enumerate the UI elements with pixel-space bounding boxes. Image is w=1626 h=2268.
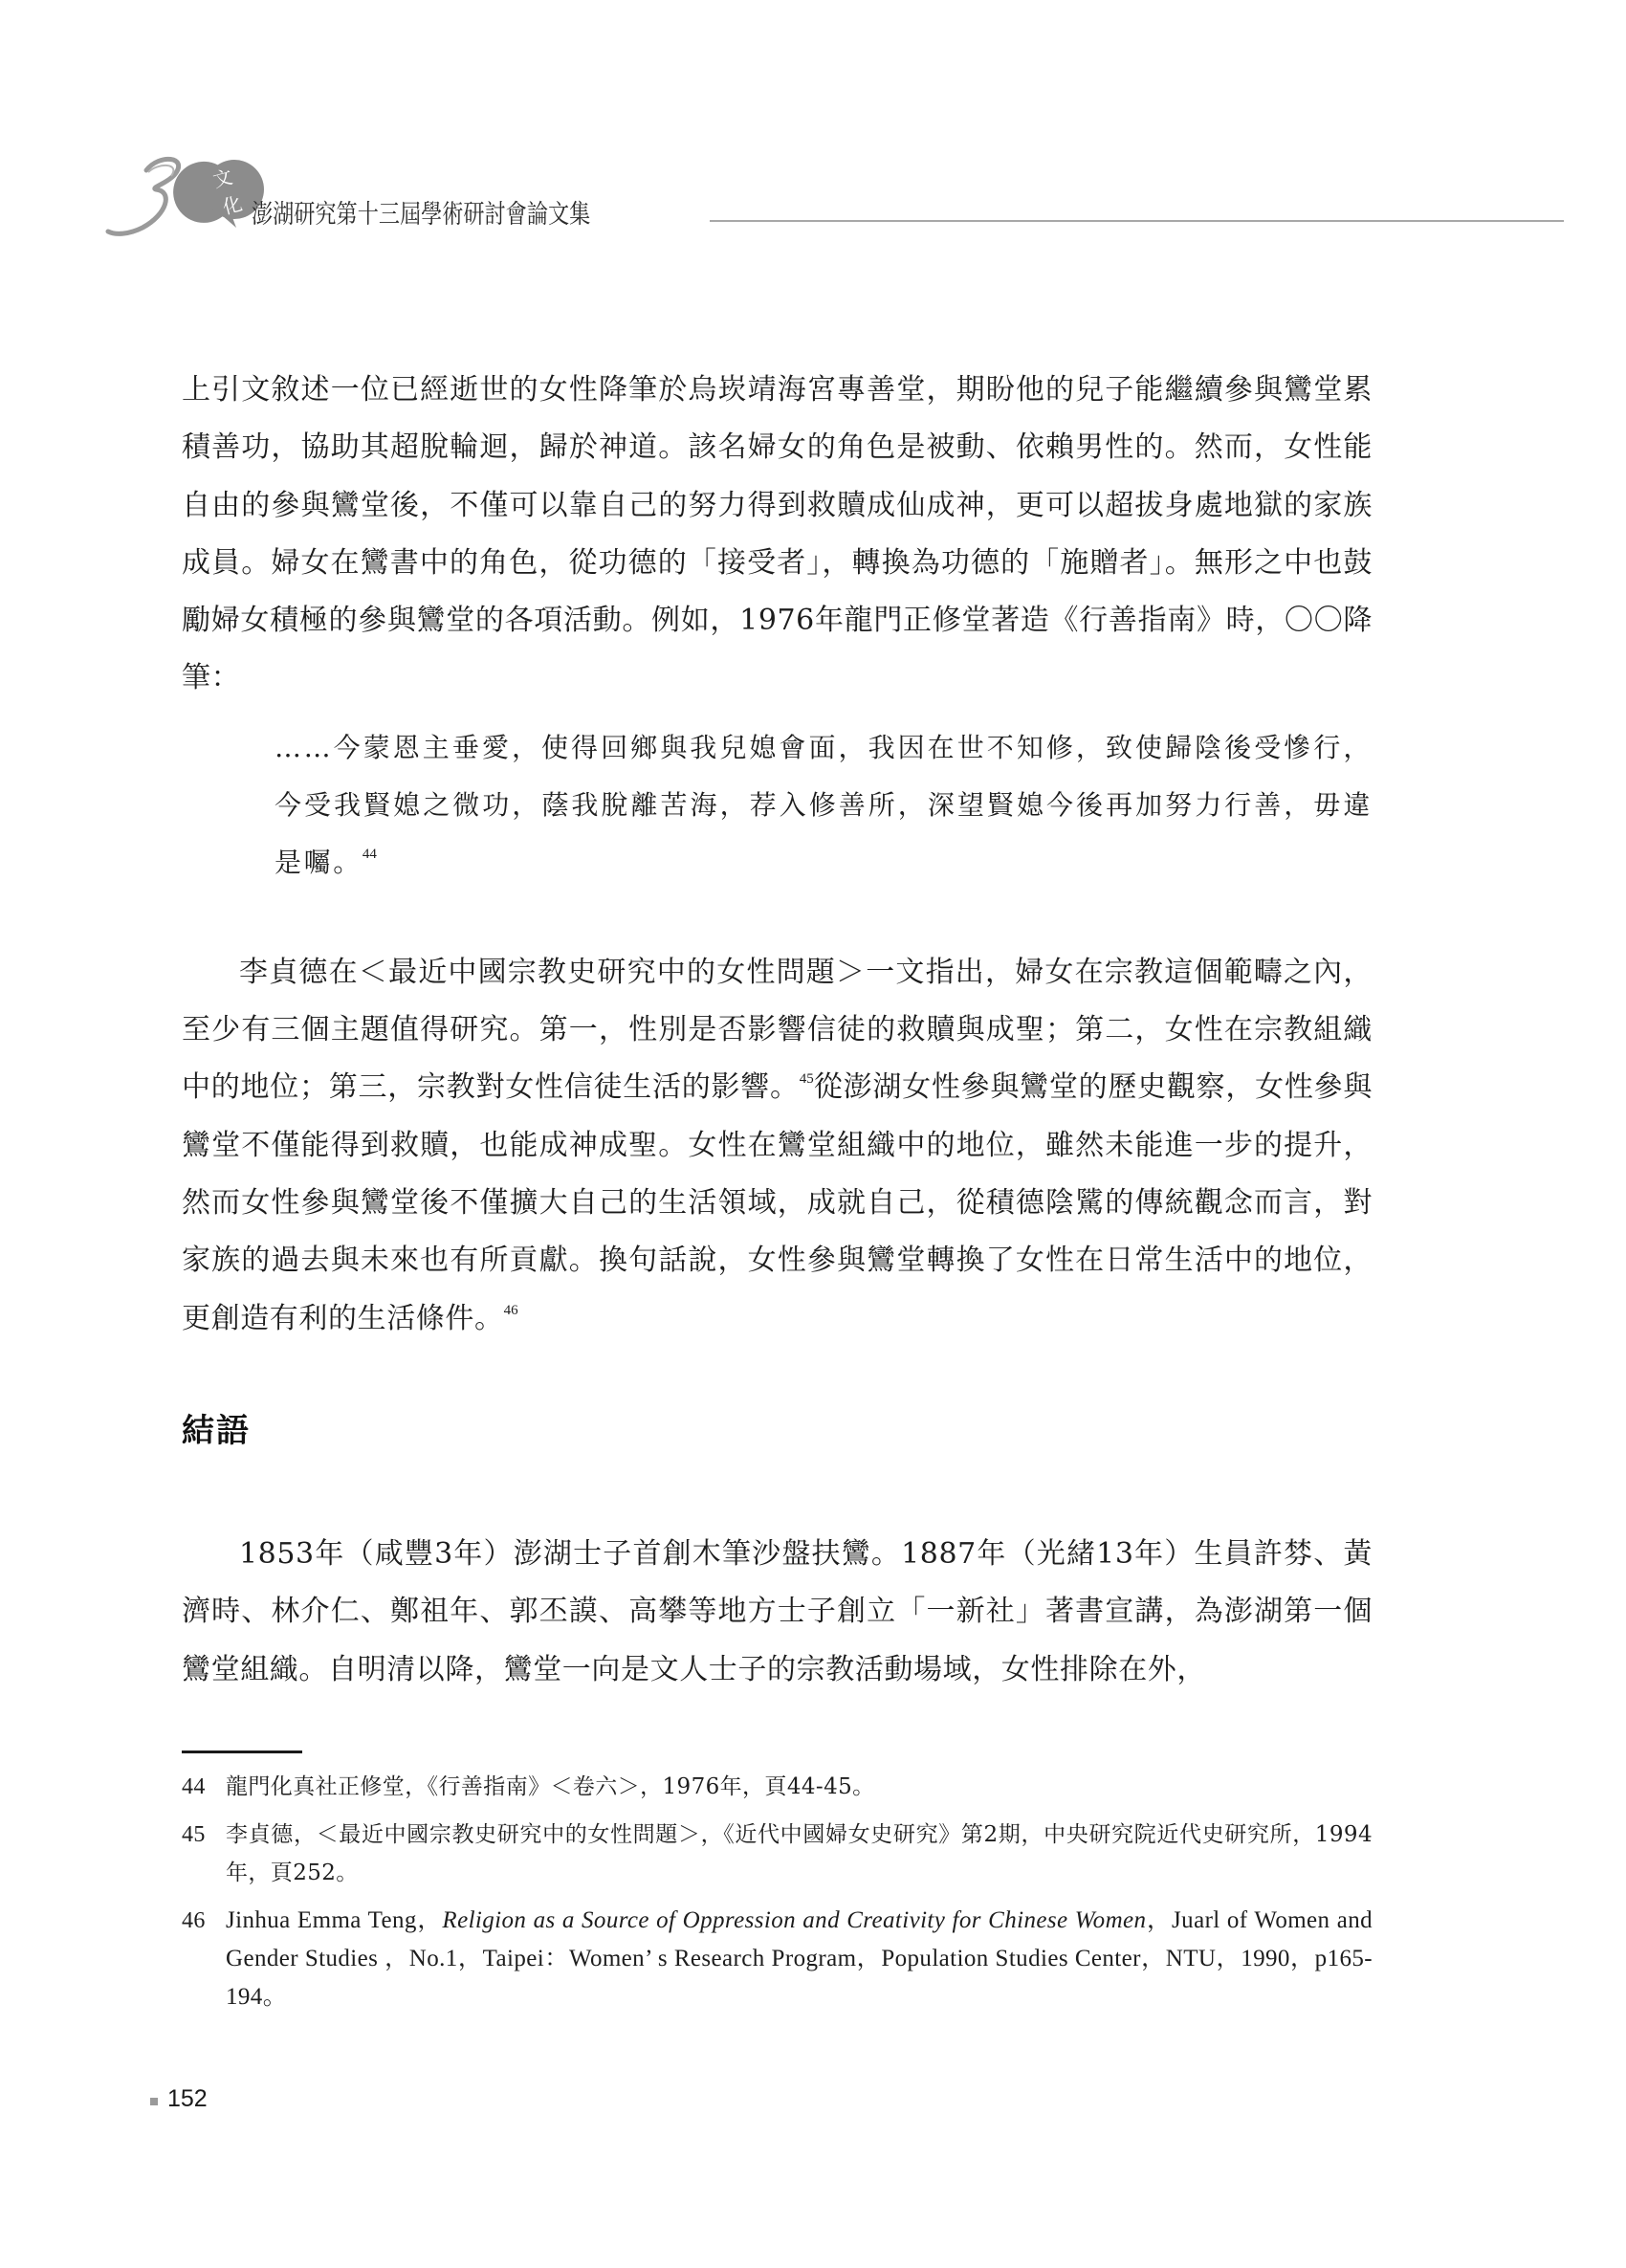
running-header: 文 化 澎湖研究第十三屆學術研討會論文集	[100, 143, 1626, 239]
body-content-conclusion: 1853年（咸豐3年）澎湖士子首創木筆沙盤扶鸞。1887年（光緒13年）生員許棼…	[182, 1526, 1373, 1699]
footnote-44: 44 龍門化真社正修堂，《行善指南》＜卷六＞，1976年，頁44-45。	[182, 1768, 1373, 1806]
footnote-author: Jinhua Emma Teng，	[226, 1907, 442, 1933]
quote-text: ……今蒙恩主垂愛，使得回鄉與我兒媳會面，我因在世不知修，致使歸陰後受慘行，今受我…	[275, 732, 1373, 878]
header-title: 澎湖研究第十三屆學術研討會論文集	[252, 193, 590, 231]
footnote-number: 44	[182, 1768, 226, 1806]
page-marker-icon	[150, 2098, 158, 2105]
footnote-ref-44[interactable]: 44	[363, 847, 377, 862]
footnote-text: 李貞德，＜最近中國宗教史研究中的女性問題＞，《近代中國婦女史研究》第2期，中央研…	[226, 1816, 1373, 1892]
footnote-45: 45 李貞德，＜最近中國宗教史研究中的女性問題＞，《近代中國婦女史研究》第2期，…	[182, 1816, 1373, 1892]
paragraph-1: 上引文敘述一位已經逝世的女性降筆於烏崁靖海宮專善堂，期盼他的兒子能繼續參與鸞堂累…	[182, 362, 1373, 708]
footnote-number: 46	[182, 1902, 226, 2016]
footnote-text: Jinhua Emma Teng，Religion as a Source of…	[226, 1902, 1373, 2016]
page-number: 152	[150, 2085, 208, 2113]
block-quote: ……今蒙恩主垂愛，使得回鄉與我兒媳會面，我因在世不知修，致使歸陰後受慘行，今受我…	[182, 719, 1373, 892]
footnote-ref-46[interactable]: 46	[504, 1303, 518, 1318]
footnote-ref-45[interactable]: 45	[800, 1071, 814, 1087]
paragraph-2-part-b: 從澎湖女性參與鸞堂的歷史觀察，女性參與鸞堂不僅能得到救贖，也能成神成聖。女性在鸞…	[182, 1070, 1373, 1334]
conference-logo-icon: 文 化	[100, 143, 273, 239]
footnote-number: 45	[182, 1816, 226, 1892]
section-heading-conclusion: 結語	[182, 1404, 251, 1451]
paragraph-3: 1853年（咸豐3年）澎湖士子首創木筆沙盤扶鸞。1887年（光緒13年）生員許棼…	[182, 1526, 1373, 1699]
paragraph-2: 李貞德在＜最近中國宗教史研究中的女性問題＞一文指出，婦女在宗教這個範疇之內，至少…	[182, 944, 1373, 1348]
footnote-separator	[182, 1751, 302, 1753]
page-number-text: 152	[167, 2085, 208, 2113]
footnotes: 44 龍門化真社正修堂，《行善指南》＜卷六＞，1976年，頁44-45。 45 …	[182, 1768, 1373, 2026]
footnote-46: 46 Jinhua Emma Teng，Religion as a Source…	[182, 1902, 1373, 2016]
footnote-title: Religion as a Source of Oppression and C…	[442, 1907, 1146, 1933]
footnote-text: 龍門化真社正修堂，《行善指南》＜卷六＞，1976年，頁44-45。	[226, 1768, 1373, 1806]
body-content: 上引文敘述一位已經逝世的女性降筆於烏崁靖海宮專善堂，期盼他的兒子能繼續參與鸞堂累…	[182, 362, 1373, 1348]
header-divider	[710, 220, 1564, 222]
